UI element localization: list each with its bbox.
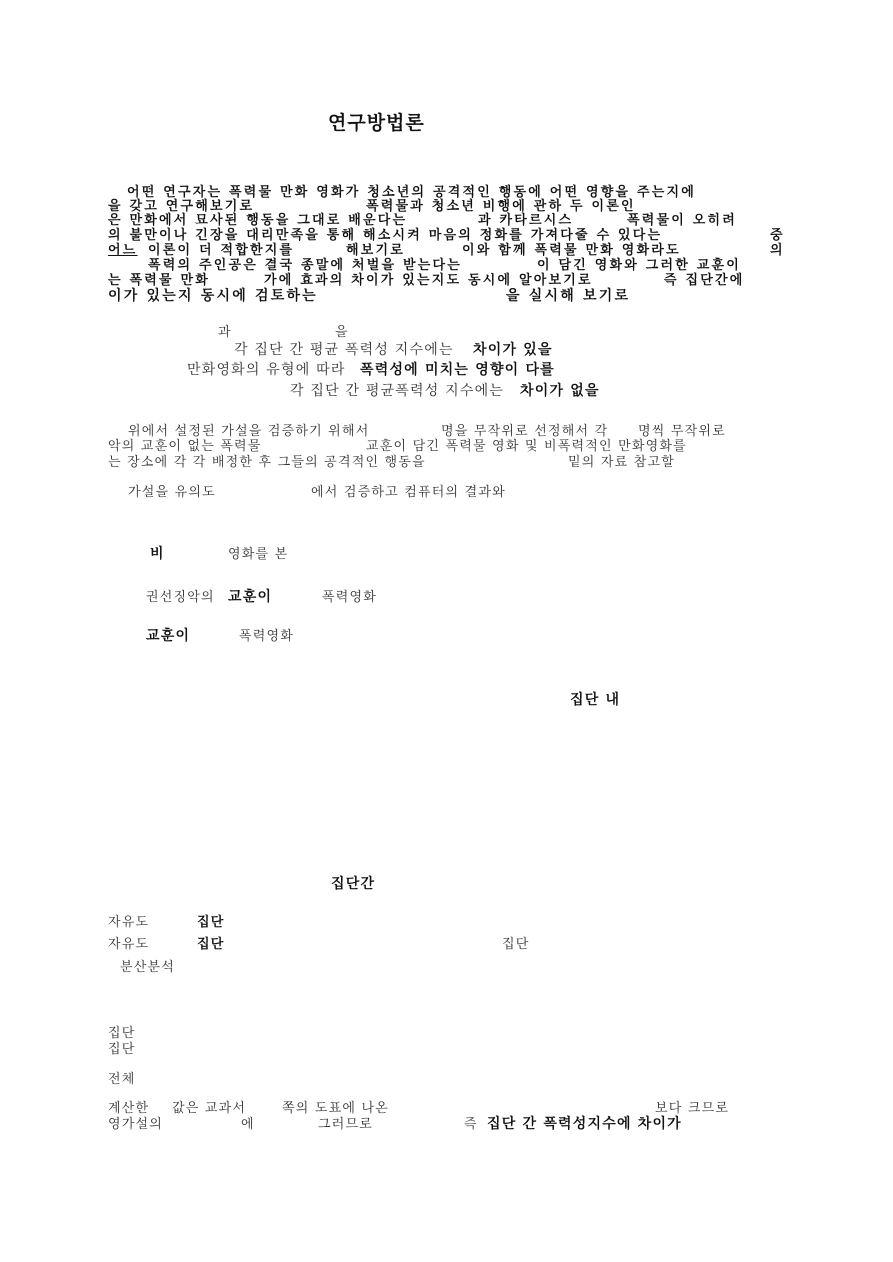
total-label: 전체 xyxy=(108,1072,136,1087)
intro-line-1: 어떤 연구자는 폭력물 만화 영화가 청소년의 공격적인 행동에 어떤 영향을 … xyxy=(127,185,696,200)
within-group-label: 집단 내 xyxy=(570,693,620,708)
intro-line-6b: 이 담긴 영화와 그러한 교훈이 xyxy=(537,258,741,273)
method-line-3a: 는 장소에 각 각 배정한 후 그들의 공격적인 행동을 xyxy=(108,455,426,470)
test-line-b: 에서 검증하고 컴퓨터의 결과와 xyxy=(311,485,506,500)
conclusion-2b: 에 xyxy=(241,1117,255,1132)
intro-line-7b: 가에 효과의 차이가 있는지도 동시에 알아보기로 xyxy=(264,273,593,288)
df-row-2-right: 집단 xyxy=(502,937,530,952)
method-line-1b: 명을 무작위로 선정해서 각 xyxy=(441,424,608,439)
test-line-a: 가설을 유의도 xyxy=(128,485,216,500)
between-group-label: 집단간 xyxy=(331,877,375,892)
conclusion-2a: 영가설의 xyxy=(108,1117,163,1132)
conclusion-2d: 즉 xyxy=(464,1117,478,1132)
document-page: 연구방법론 어떤 연구자는 폭력물 만화 영화가 청소년의 공격적인 행동에 어… xyxy=(0,0,893,1262)
conclusion-1c: 쪽의 도표에 나온 xyxy=(282,1101,389,1116)
intro-line-3b: 과 카타르시스 xyxy=(478,213,573,228)
hypothesis-header-b: 을 xyxy=(335,325,349,340)
method-line-3b: 밑의 자료 참고할 xyxy=(568,455,675,470)
intro-line-8a: 이가 있는지 동시에 검토하는 xyxy=(108,289,318,304)
intro-line-5b: 이론이 더 적합한지를 xyxy=(148,243,294,258)
conclusion-2-emphasis: 집단 간 폭력성지수에 차이가 xyxy=(487,1117,682,1132)
method-line-1a: 위에서 설정된 가설을 검증하기 위해서 xyxy=(128,424,369,439)
intro-line-5c: 해보기로 xyxy=(346,243,405,258)
conclusion-2c: 그러므로 xyxy=(318,1117,373,1132)
intro-line-2b: 폭력물과 청소년 비행에 관하 두 이론인 xyxy=(366,199,636,214)
df-row-2-label: 자유도 xyxy=(108,937,149,952)
method-line-1c: 명씩 무작위로 xyxy=(638,424,726,439)
intro-line-2a: 을 갖고 연구해보기로 xyxy=(108,199,254,214)
conclusion-1b: 값은 교과서 xyxy=(172,1101,246,1116)
intro-line-7c: 즉 집단간에 xyxy=(664,273,745,288)
group-row-1: 집단 xyxy=(108,1026,136,1041)
df-row-1-group: 집단 xyxy=(197,915,225,930)
intro-line-4a: 의 불만이나 긴장을 대리만족을 통해 해소시켜 마음의 정화를 가져다줄 수 … xyxy=(108,228,662,243)
hypothesis-header-a: 과 xyxy=(218,325,232,340)
conclusion-1a: 계산한 xyxy=(108,1101,149,1116)
conclusion-1d: 보다 크므로 xyxy=(655,1101,729,1116)
group-3-text: 폭력영화 xyxy=(239,629,294,644)
method-line-2a: 악의 교훈이 없는 폭력물 xyxy=(108,439,262,454)
method-line-2b: 교훈이 담긴 폭력물 영화 및 비폭력적인 만화영화를 xyxy=(366,439,687,454)
df-row-2-group: 집단 xyxy=(197,937,225,952)
anova-label: 분산분석 xyxy=(120,960,175,975)
hypothesis-null-text: 각 집단 간 평균폭력성 지수에는 xyxy=(290,384,504,399)
intro-line-4b: 중 xyxy=(770,228,785,243)
intro-line-5a: 어느 xyxy=(108,243,138,258)
group-3-bold: 교훈이 xyxy=(146,629,190,644)
group-2-text: 폭력영화 xyxy=(322,590,377,605)
group-2-prefix: 권선징악의 xyxy=(146,590,215,605)
intro-line-5e: 의 xyxy=(770,243,785,258)
intro-line-3a: 은 만화에서 묘사된 행동을 그대로 배운다는 xyxy=(108,213,407,228)
hypothesis-null-emphasis: 차이가 없을 xyxy=(520,384,600,399)
group-1-bold: 비 xyxy=(150,547,165,562)
group-row-2: 집단 xyxy=(108,1042,136,1057)
page-title: 연구방법론 xyxy=(328,108,425,135)
intro-line-5d: 이와 함께 폭력물 만화 영화라도 xyxy=(462,243,681,258)
hypothesis-1-emphasis: 차이가 있을 xyxy=(473,343,553,358)
hypothesis-2-text: 만화영화의 유형에 따라 xyxy=(187,363,346,378)
intro-line-7a: 는 폭력물 만화 xyxy=(108,273,210,288)
group-1-text: 영화를 본 xyxy=(228,547,288,562)
intro-line-3c: 폭력물이 오히려 xyxy=(627,213,737,228)
intro-line-6a: 폭력의 주인공은 결국 종말에 처벌을 받는다는 xyxy=(148,258,462,273)
group-2-bold: 교훈이 xyxy=(228,590,272,605)
hypothesis-2-emphasis: 폭력성에 미치는 영향이 다를 xyxy=(360,363,555,378)
df-row-1-label: 자유도 xyxy=(108,915,149,930)
intro-line-8b: 을 실시해 보기로 xyxy=(506,289,630,304)
hypothesis-1-text: 각 집단 간 평균 폭력성 지수에는 xyxy=(234,343,454,358)
